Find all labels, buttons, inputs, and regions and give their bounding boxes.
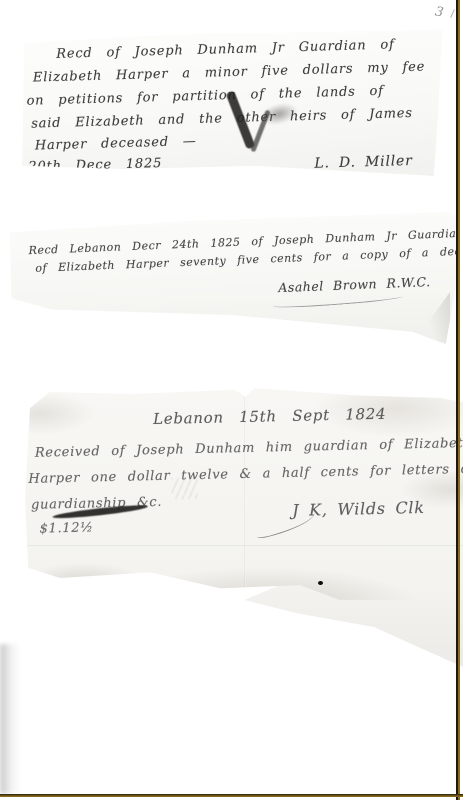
date-line: 20th Dece 1825 bbox=[28, 156, 162, 175]
receipt-2-text: Recd Lebanon Decr 24th 1825 of Joseph Du… bbox=[3, 201, 460, 359]
place-date-heading: Lebanon 15th Sept 1824 bbox=[153, 405, 387, 428]
ink-smudge-spray bbox=[228, 162, 288, 192]
binding-shadow bbox=[0, 644, 26, 794]
handwritten-line: Received of Joseph Dunham him guardian o… bbox=[35, 436, 463, 461]
ink-dot bbox=[318, 581, 323, 585]
scan-edge-bottom bbox=[0, 794, 463, 797]
paper-receipt-3: Lebanon 15th Sept 1824 Received of Josep… bbox=[22, 386, 463, 616]
page-number: 3 bbox=[433, 4, 444, 20]
handwritten-line: on petitions for partition of the lands … bbox=[26, 84, 384, 109]
scan-edge-right-gold bbox=[458, 0, 460, 800]
signature: Asahel Brown R.W.C. bbox=[278, 274, 431, 295]
faint-pencil-marks bbox=[171, 477, 197, 500]
receipt-3-text: Lebanon 15th Sept 1824 Received of Josep… bbox=[19, 381, 463, 621]
handwritten-line: Harper one dollar twelve & a half cents … bbox=[28, 462, 463, 487]
handwritten-line: Elizabeth Harper a minor five dollars my… bbox=[33, 60, 426, 86]
handwritten-line: Harper deceased — bbox=[35, 134, 197, 154]
signature: J K, Wilds Clk bbox=[292, 498, 425, 520]
paper-receipt-1: Recd of Joseph Dunham Jr Guardian of Eli… bbox=[18, 28, 444, 198]
amount-value: $1.12½ bbox=[39, 520, 93, 536]
receipt-1-text: Recd of Joseph Dunham Jr Guardian of Eli… bbox=[16, 22, 447, 204]
paper-receipt-2: Recd Lebanon Decr 24th 1825 of Joseph Du… bbox=[6, 210, 458, 350]
handwritten-line: said Elizabeth and the other heirs of Ja… bbox=[31, 106, 413, 132]
scanned-page: 3 Recd of Joseph Dunham Jr Guardian of E… bbox=[0, 0, 463, 800]
signature-flourish bbox=[273, 293, 403, 310]
handwritten-line: Recd of Joseph Dunham Jr Guardian of bbox=[56, 37, 395, 61]
signature: L. D. Miller bbox=[314, 153, 413, 172]
stray-pen-mark bbox=[450, 9, 455, 18]
